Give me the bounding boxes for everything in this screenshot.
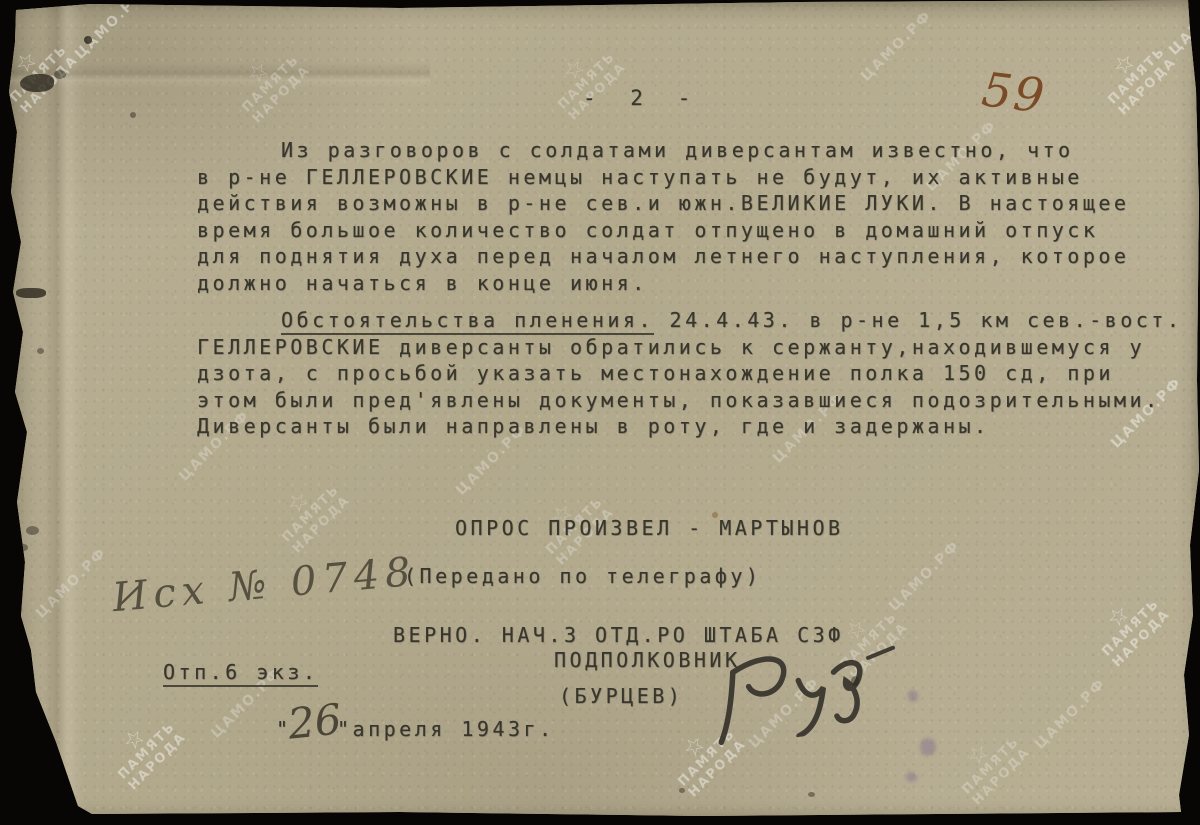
watermark-pamyat-naroda: ☆ПАМЯТЬНАРОДА — [542, 36, 630, 124]
watermark-pamyat-naroda: ☆ПАМЯТЬНАРОДА — [102, 706, 190, 794]
typed-date: апреля 1943г. — [353, 717, 555, 741]
telegraph-note: (Передано по телеграфу) — [404, 564, 761, 588]
star-icon: ☆ — [244, 57, 274, 87]
underlined-heading: Обстоятельства пленения. — [281, 308, 654, 335]
watermark-camo: ЦАМО.РФ — [72, 0, 149, 63]
typed-line: действия возможны в р-не сев.и южн.ВЕЛИК… — [197, 191, 1162, 218]
ink-stain — [54, 70, 66, 79]
watermark-camo: ЦАМО.РФ — [1032, 675, 1109, 752]
document-page: ЦАМО.РФ ☆ПАМЯТЬНАРОДА ☆ПАМЯТЬНАРОДА ☆ПАМ… — [0, 0, 1200, 825]
watermark-camo: ЦАМО.РФ — [886, 537, 963, 614]
watermark-pamyat-naroda: ☆ПАМЯТЬНАРОДА — [1086, 583, 1174, 671]
ink-stain — [679, 788, 685, 793]
watermark-text: ПАМЯТЬ — [959, 734, 1022, 797]
ink-stain — [130, 112, 136, 118]
interrogator-line: ОПРОС ПРОИЗВЕЛ - МАРТЫНОВ — [455, 516, 844, 540]
watermark-text: НАРОДА — [1110, 607, 1174, 671]
watermark-pamyat-naroda: ☆ПАМЯТЬНАРОДА — [1092, 31, 1180, 119]
watermark-text: НАРОДА — [1116, 55, 1180, 119]
watermark-text: ЦАМО.РФ — [886, 537, 963, 614]
star-icon: ☆ — [120, 724, 150, 754]
paper-crease — [42, 0, 84, 825]
handwritten-page-number: 59 — [979, 62, 1049, 124]
star-icon: ☆ — [1104, 601, 1134, 631]
watermark-pamyat-naroda: ☆ПАМЯТЬНАРОДА — [226, 39, 314, 127]
watermark-text: ПАМЯТЬ — [239, 52, 302, 115]
ink-stain — [16, 288, 46, 298]
signer-name: (БУРЦЕВ) — [559, 684, 683, 708]
star-icon: ☆ — [680, 731, 710, 761]
star-icon: ☆ — [560, 54, 590, 84]
typed-text: 24.4.43. в р-не 1,5 км сев.-вост. — [654, 308, 1182, 332]
typed-line: Из разговоров с солдатами диверсантам из… — [197, 138, 1162, 165]
watermark-text: НАРОДА — [250, 63, 314, 127]
watermark-camo: ЦАМО.РФ — [1166, 0, 1200, 59]
typed-line: Обстоятельства пленения. 24.4.43. в р-не… — [197, 308, 1162, 335]
watermark-text: ЦАМО.РФ — [72, 0, 149, 63]
typed-line: дзота, с просьбой указать местонахождени… — [197, 361, 1162, 388]
ink-stain — [20, 74, 54, 92]
handwritten-date-day: 26 — [287, 709, 342, 734]
typed-line: должно начаться в конце июня. — [197, 271, 1162, 298]
watermark-text: НАРОДА — [970, 745, 1034, 809]
star-icon: ☆ — [964, 739, 994, 769]
watermark-text: ПАМЯТЬ — [1099, 596, 1162, 659]
watermark-text: НАРОДА — [18, 53, 82, 117]
document-body: Из разговоров с солдатами диверсантам из… — [197, 138, 1162, 441]
ink-stain — [808, 792, 815, 797]
typed-line: в р-не ГЕЛЛЕРОВСКИЕ немцы наступать не б… — [197, 165, 1162, 192]
watermark-text: ПАМЯТЬ — [7, 42, 70, 105]
star-icon: ☆ — [284, 487, 314, 517]
copies-note: Отп.6 экз. — [163, 660, 318, 684]
paragraph-1: Из разговоров с солдатами диверсантам из… — [197, 138, 1162, 297]
watermark-text: ПАМЯТЬ — [279, 482, 342, 545]
typed-line: время большое количество солдат отпущено… — [197, 218, 1162, 245]
typed-line: для поднятия духа перед началом летнего … — [197, 244, 1162, 271]
ink-stain — [19, 544, 28, 551]
date-line: "26"апреля 1943г. — [276, 712, 555, 741]
watermark-text: ПАМЯТЬ — [1105, 44, 1168, 107]
paper-crease — [0, 62, 430, 88]
star-icon: ☆ — [1110, 49, 1140, 79]
watermark-text: НАРОДА — [126, 730, 190, 794]
watermark-text: НАРОДА — [290, 493, 354, 557]
typed-line: Диверсанты были направлены в роту, где и… — [197, 414, 1162, 441]
ink-stain — [26, 526, 39, 535]
ink-stain — [84, 36, 92, 44]
handwritten-outgoing-number: Исх № 0748 — [111, 549, 419, 621]
violet-stamp-smudge — [906, 772, 917, 782]
watermark-pamyat-naroda: ☆ПАМЯТЬНАРОДА — [266, 469, 354, 557]
quote-mark: " — [337, 717, 353, 741]
star-icon: ☆ — [12, 47, 42, 77]
watermark-text: ЦАМО.РФ — [33, 544, 110, 621]
underlined-text: Отп.6 экз. — [163, 660, 318, 687]
watermark-text: ЦАМО.РФ — [858, 7, 935, 84]
watermark-pamyat-naroda: ☆ПАМЯТЬНАРОДА — [946, 721, 1034, 809]
violet-stamp-smudge — [908, 690, 918, 702]
paragraph-2: Обстоятельства пленения. 24.4.43. в р-не… — [197, 308, 1162, 441]
watermark-text: ЦАМО.РФ — [1032, 675, 1109, 752]
violet-stamp-smudge — [920, 738, 936, 756]
watermark-text: ПАМЯТЬ — [115, 719, 178, 782]
watermark-pamyat-naroda: ☆ПАМЯТЬНАРОДА — [0, 29, 81, 117]
quote-mark: " — [276, 717, 292, 741]
typed-line: ГЕЛЛЕРОВСКИЕ диверсанты обратились к сер… — [197, 335, 1162, 362]
page-number: - 2 - — [583, 86, 701, 110]
watermark-camo: ЦАМО.РФ — [858, 7, 935, 84]
watermark-camo: ЦАМО.РФ — [33, 544, 110, 621]
watermark-text: ЦАМО.РФ — [1166, 0, 1200, 59]
ink-stain — [37, 348, 44, 354]
typed-line: этом были пред'явлены документы, показав… — [197, 388, 1162, 415]
